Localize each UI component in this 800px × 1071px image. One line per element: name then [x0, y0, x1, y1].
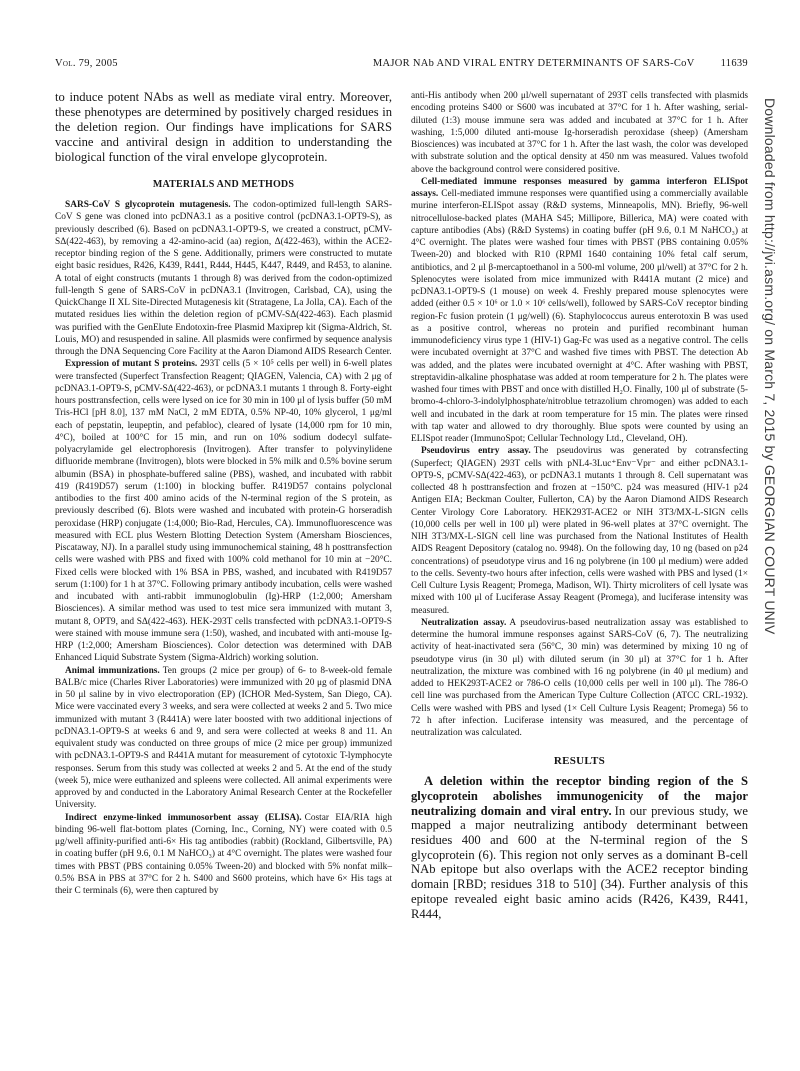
method-paragraph-elisa-continued: anti-His antibody when 200 μl/well super…: [411, 90, 748, 176]
results-paragraph: A deletion within the receptor binding r…: [411, 774, 748, 921]
right-column: anti-His antibody when 200 μl/well super…: [411, 90, 748, 921]
methods-text-right: anti-His antibody when 200 μl/well super…: [411, 90, 748, 739]
method-paragraph-immunizations: Animal immunizations.Ten groups (2 mice …: [55, 665, 392, 812]
paragraph-text: The codon-optimized full-length SARS-CoV…: [55, 200, 392, 357]
paragraph-lead: Indirect enzyme-linked immunosorbent ass…: [65, 813, 302, 823]
paragraph-text: Costar EIA/RIA high binding 96-well flat…: [55, 813, 392, 897]
download-watermark: Downloaded from http://jvi.asm.org/ on M…: [762, 98, 778, 888]
method-paragraph-expression: Expression of mutant S proteins.293T cel…: [55, 358, 392, 664]
methods-text-left: SARS-CoV S glycoprotein mutagenesis.The …: [55, 199, 392, 897]
paragraph-text: The pseudovirus was generated by cotrans…: [411, 446, 748, 615]
journal-header: Vol. 79, 2005 MAJOR NAb AND VIRAL ENTRY …: [55, 58, 748, 69]
method-paragraph-pseudovirus: Pseudovirus entry assay.The pseudovirus …: [411, 445, 748, 617]
method-paragraph-neutralization: Neutralization assay.A pseudovirus-based…: [411, 617, 748, 740]
paragraph-text: A pseudovirus-based neutralization assay…: [411, 618, 748, 738]
two-column-body: to induce potent NAbs as well as mediate…: [55, 90, 748, 921]
method-paragraph-elisa: Indirect enzyme-linked immunosorbent ass…: [55, 812, 392, 898]
running-title-wrap: MAJOR NAb AND VIRAL ENTRY DETERMINANTS O…: [373, 58, 748, 69]
paragraph-text: Cell-mediated immune responses were quan…: [411, 189, 748, 444]
paragraph-lead: Neutralization assay.: [421, 618, 506, 628]
method-paragraph-mutagenesis: SARS-CoV S glycoprotein mutagenesis.The …: [55, 199, 392, 358]
paragraph-lead: Expression of mutant S proteins.: [65, 359, 197, 369]
running-title: MAJOR NAb AND VIRAL ENTRY DETERMINANTS O…: [373, 58, 695, 69]
page-number: 11639: [721, 58, 748, 69]
materials-methods-heading: MATERIALS AND METHODS: [55, 179, 392, 190]
results-text: In our previous study, we mapped a major…: [411, 804, 748, 921]
paragraph-text: Ten groups (2 mice per group) of 6- to 8…: [55, 666, 392, 811]
paragraph-lead: Animal immunizations.: [65, 666, 160, 676]
paragraph-lead: Pseudovirus entry assay.: [421, 446, 531, 456]
paragraph-lead: SARS-CoV S glycoprotein mutagenesis.: [65, 200, 231, 210]
results-heading: RESULTS: [411, 755, 748, 767]
left-column: to induce potent NAbs as well as mediate…: [55, 90, 392, 921]
paragraph-text: 293T cells (5 × 10⁵ cells per well) in 6…: [55, 359, 392, 663]
intro-paragraph: to induce potent NAbs as well as mediate…: [55, 90, 392, 165]
paragraph-text: anti-His antibody when 200 μl/well super…: [411, 91, 748, 175]
volume-label: Vol. 79, 2005: [55, 58, 118, 69]
method-paragraph-elispot: Cell-mediated immune responses measured …: [411, 176, 748, 446]
journal-page: Vol. 79, 2005 MAJOR NAb AND VIRAL ENTRY …: [0, 0, 800, 1071]
